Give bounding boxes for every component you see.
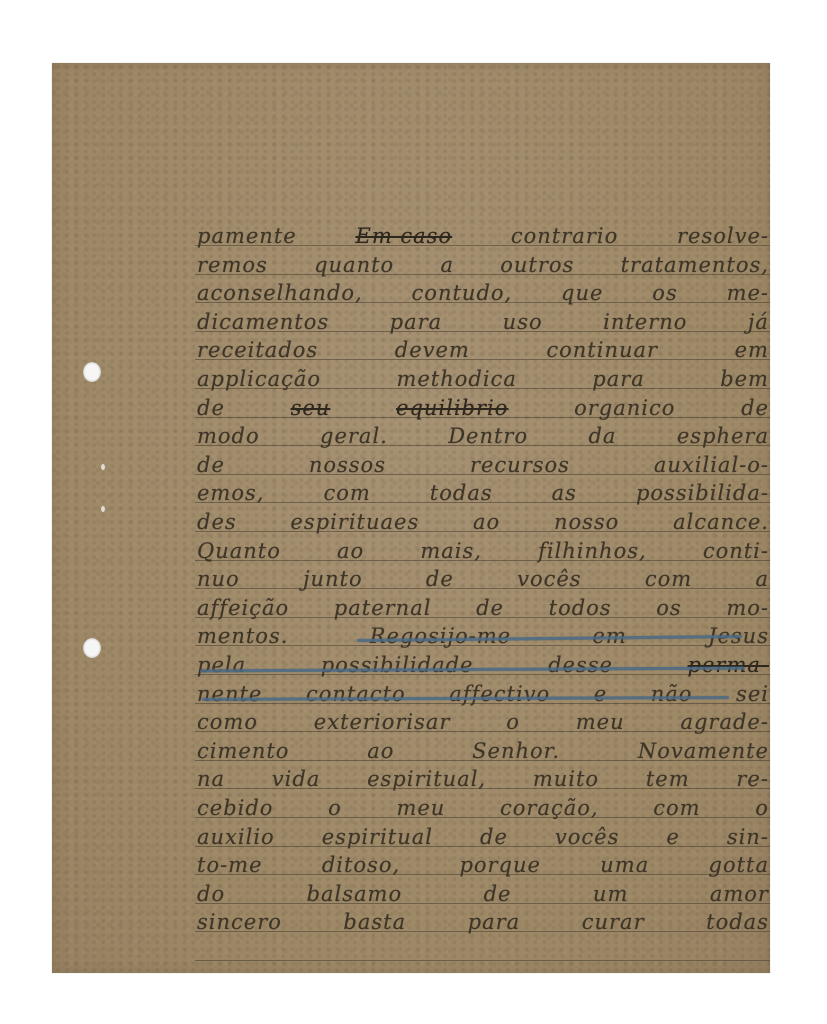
word: Em caso — [355, 221, 452, 251]
word: de — [476, 593, 504, 623]
word: esphera — [677, 421, 769, 451]
word: balsamo — [307, 879, 403, 909]
word: gotta — [709, 850, 769, 880]
word: meu — [576, 707, 625, 737]
word: para — [390, 307, 443, 337]
text-line: remosquantoaoutrostratamentos, — [197, 250, 769, 280]
text-line: applicaçãomethodicaparabem — [197, 364, 769, 394]
word: na — [197, 764, 225, 794]
word: com — [645, 564, 692, 594]
word: geral. — [320, 421, 388, 451]
binder-hole-top — [83, 362, 101, 382]
paper-tear-speck — [101, 506, 105, 512]
word: basta — [343, 907, 406, 937]
word: o — [755, 793, 769, 823]
word: o — [506, 707, 520, 737]
text-line: pelapossibilidadedesseperma- — [197, 650, 769, 680]
word: com — [653, 793, 700, 823]
text-line: cebidoomeucoração,como — [197, 793, 769, 823]
word: os — [652, 278, 677, 308]
word: de — [197, 450, 225, 480]
word: vocês — [555, 822, 619, 852]
word: perma- — [688, 650, 769, 680]
word: tem — [646, 764, 690, 794]
word: to-me — [197, 850, 263, 880]
word: remos — [197, 250, 268, 280]
binder-hole-bottom — [83, 638, 101, 658]
word: applicação — [197, 364, 321, 394]
word: possibilida- — [636, 478, 769, 508]
word: espirituaes — [290, 507, 419, 537]
word: paternal — [334, 593, 432, 623]
text-line: sincerobastaparacurartodas — [197, 907, 769, 937]
page-stage: pamenteEm casocontrarioresolve-remosquan… — [0, 0, 827, 1024]
word: contudo, — [412, 278, 513, 308]
word: nente — [197, 679, 262, 709]
word: de — [197, 393, 225, 423]
word: como — [197, 707, 258, 737]
word: agrade- — [680, 707, 769, 737]
word: mentos. — [197, 621, 288, 651]
word: espiritual — [322, 822, 433, 852]
word: curar — [582, 907, 645, 937]
word: tratamentos, — [621, 250, 769, 280]
word: uso — [503, 307, 543, 337]
word: des — [197, 507, 237, 537]
word: de — [480, 822, 508, 852]
word: ao — [337, 536, 364, 566]
word: nossos — [309, 450, 386, 480]
word: re- — [736, 764, 769, 794]
word: e — [594, 679, 607, 709]
word: contacto — [306, 679, 406, 709]
word: emos, — [197, 478, 264, 508]
text-line: cimentoaoSenhor.Novamente — [197, 736, 769, 766]
text-line: receitadosdevemcontinuarem — [197, 335, 769, 365]
word: auxilio — [197, 822, 275, 852]
word: methodica — [396, 364, 516, 394]
word: de — [426, 564, 454, 594]
word: meu — [396, 793, 445, 823]
word: em — [735, 335, 769, 365]
word: exteriorisar — [314, 707, 451, 737]
text-line: deseuequilibrioorganicode — [197, 393, 769, 423]
word: uma — [600, 850, 649, 880]
text-line: nentecontactoaffectivoenãosei — [197, 679, 769, 709]
text-line: pamenteEm casocontrarioresolve- — [197, 221, 769, 251]
text-line: denossosrecursosauxilial-o- — [197, 450, 769, 480]
word: Senhor. — [472, 736, 560, 766]
word: resolve- — [677, 221, 769, 251]
word: a — [440, 250, 454, 280]
word: todas — [430, 478, 493, 508]
word: e — [666, 822, 679, 852]
word: receitados — [197, 335, 318, 365]
text-line: desespirituaesaonossoalcance. — [197, 507, 769, 537]
text-line: modogeral.Dentrodaesphera — [197, 421, 769, 451]
word: para — [592, 364, 645, 394]
word: já — [748, 307, 769, 337]
word: as — [552, 478, 577, 508]
text-line: auxilioespiritualdevocêsesin- — [197, 822, 769, 852]
word: mo- — [726, 593, 769, 623]
manuscript-paper: pamenteEm casocontrarioresolve-remosquan… — [52, 63, 770, 973]
word: para — [468, 907, 521, 937]
word: possibilidade — [321, 650, 474, 680]
text-line: dicamentosparausointernojá — [197, 307, 769, 337]
word: um — [593, 879, 628, 909]
word: sincero — [197, 907, 282, 937]
word: pela — [197, 650, 246, 680]
word: espiritual, — [367, 764, 486, 794]
word: bem — [720, 364, 769, 394]
word: recursos — [470, 450, 570, 480]
word: filhinhos, — [538, 536, 647, 566]
word: amor — [710, 879, 769, 909]
word: de — [741, 393, 769, 423]
word: devem — [395, 335, 470, 365]
word: todas — [706, 907, 769, 937]
word: seu — [291, 393, 331, 423]
text-line: emos,comtodasaspossibilida- — [197, 478, 769, 508]
word: auxilial-o- — [654, 450, 769, 480]
word: ao — [473, 507, 500, 537]
text-line: nuojuntodevocêscoma — [197, 564, 769, 594]
word: os — [656, 593, 681, 623]
text-line: affeiçãopaternaldetodososmo- — [197, 593, 769, 623]
ruled-line — [195, 960, 770, 961]
word: o — [328, 793, 342, 823]
word: equilibrio — [396, 393, 508, 423]
word: ao — [367, 736, 394, 766]
word: do — [197, 879, 225, 909]
word: affectivo — [449, 679, 550, 709]
word: vida — [272, 764, 321, 794]
word: nosso — [554, 507, 619, 537]
word: conti- — [703, 536, 769, 566]
text-line: navidaespiritual,muitotemre- — [197, 764, 769, 794]
text-line: comoexteriorisaromeuagrade- — [197, 707, 769, 737]
word: junto — [303, 564, 363, 594]
word: todos — [549, 593, 612, 623]
word: contrario — [511, 221, 618, 251]
text-line: to-meditoso,porqueumagotta — [197, 850, 769, 880]
word: affeição — [197, 593, 289, 623]
word: Regosijo-me — [370, 621, 511, 651]
word: porque — [459, 850, 541, 880]
word: dicamentos — [197, 307, 329, 337]
word: outros — [500, 250, 574, 280]
word: quanto — [314, 250, 394, 280]
word: que — [561, 278, 603, 308]
word: muito — [533, 764, 599, 794]
word: aconselhando, — [197, 278, 363, 308]
word: continuar — [546, 335, 658, 365]
word: Quanto — [197, 536, 281, 566]
word: não — [651, 679, 693, 709]
word: sin- — [727, 822, 769, 852]
word: com — [323, 478, 370, 508]
word: ditoso, — [322, 850, 400, 880]
word: cebido — [197, 793, 273, 823]
paper-tear-speck — [101, 464, 105, 470]
word: sei — [736, 679, 769, 709]
word: coração, — [500, 793, 599, 823]
word: mais, — [420, 536, 482, 566]
word: alcance. — [673, 507, 769, 537]
word: Dentro — [448, 421, 528, 451]
text-line: aconselhando,contudo,queosme- — [197, 278, 769, 308]
word: modo — [197, 421, 260, 451]
word: desse — [548, 650, 613, 680]
word: nuo — [197, 564, 240, 594]
word: Novamente — [638, 736, 769, 766]
word: da — [588, 421, 616, 451]
word: me- — [727, 278, 769, 308]
text-line: Quantoaomais,filhinhos,conti- — [197, 536, 769, 566]
word: interno — [603, 307, 687, 337]
text-line: dobalsamodeumamor — [197, 879, 769, 909]
word: a — [755, 564, 769, 594]
word: vocês — [517, 564, 581, 594]
word: cimento — [197, 736, 289, 766]
word: pamente — [197, 221, 297, 251]
word: organico — [574, 393, 675, 423]
word: de — [484, 879, 512, 909]
